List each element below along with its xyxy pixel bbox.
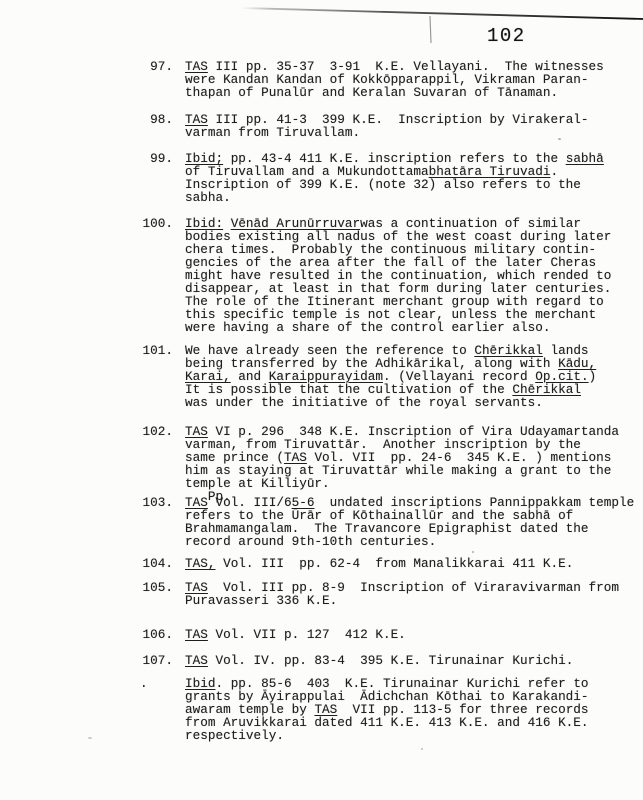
note-text: TAS VI p. 296 348 K.E. Inscription of Vi… [185, 425, 637, 503]
note-text: TAS Vol. III pp. 8-9 Inscription of Vira… [185, 581, 637, 607]
note-text: Ibid. pp. 85-6 403 K.E. Tirunainar Kuric… [185, 677, 637, 742]
note-text: TAS Vol. VII p. 127 412 K.E. [185, 628, 637, 641]
note-number: 105. [140, 581, 173, 594]
note-number: 97. [140, 60, 173, 73]
scanned-document-page: 102 97.TAS III pp. 35-37 3-91 K.E. Vella… [0, 0, 643, 800]
note-number: 100. [140, 217, 173, 230]
note-item: .Ibid. pp. 85-6 403 K.E. Tirunainar Kuri… [140, 677, 637, 742]
note-text: Ibid; pp. 43-4 411 K.E. inscription refe… [185, 152, 637, 204]
note-text: TAS Vol. IV. pp. 83-4 395 K.E. Tirunaina… [185, 654, 637, 667]
note-number: 101. [140, 344, 173, 357]
diagonal-scan-line [242, 8, 643, 19]
note-line: Inscription of 399 K.E. (note 32) also r… [185, 178, 637, 191]
note-number: 103. [140, 496, 173, 509]
note-item: 104.TAS, Vol. III pp. 62-4 from Manalikk… [140, 557, 637, 570]
note-item: 101.We have already seen the reference t… [140, 344, 637, 409]
note-item: 103.TAS Vol. III/65-6 undated inscriptio… [140, 496, 637, 548]
note-number: . [140, 677, 173, 690]
edge-tick-artifact [430, 16, 431, 43]
note-item: 100.Ibid: Vēnād Arunūrruvarwas a continu… [140, 217, 637, 334]
note-line: temple at Killiyūr. [185, 477, 637, 490]
note-number: 106. [140, 628, 173, 641]
page-number: 102 [487, 25, 526, 47]
note-number: 104. [140, 557, 173, 570]
note-line: sabha. [185, 191, 637, 204]
note-item: 106.TAS Vol. VII p. 127 412 K.E. [140, 628, 637, 641]
note-number: 98. [140, 113, 173, 126]
note-text: TAS III pp. 35-37 3-91 K.E. Vellayani. T… [185, 60, 637, 99]
scan-speck [558, 138, 561, 140]
note-line: Puravasseri 336 K.E. [185, 594, 637, 607]
scan-speck [421, 748, 423, 750]
note-line: were having a share of the control earli… [185, 321, 637, 334]
note-text: TAS Vol. III/65-6 undated inscriptions P… [185, 496, 637, 548]
note-number: 107. [140, 654, 173, 667]
note-item: 105.TAS Vol. III pp. 8-9 Inscription of … [140, 581, 637, 607]
note-text: Ibid: Vēnād Arunūrruvarwas a continuatio… [185, 217, 637, 334]
note-item: 97.TAS III pp. 35-37 3-91 K.E. Vellayani… [140, 60, 637, 99]
note-line: TAS Vol. IV. pp. 83-4 395 K.E. Tirunaina… [185, 654, 637, 667]
note-line: varman from Tiruvallam. [185, 126, 637, 139]
note-number: 99. [140, 152, 173, 165]
note-item: 102.TAS VI p. 296 348 K.E. Inscription o… [140, 425, 637, 503]
notes-list: 97.TAS III pp. 35-37 3-91 K.E. Vellayani… [140, 60, 637, 742]
note-item: 107.TAS Vol. IV. pp. 83-4 395 K.E. Tirun… [140, 654, 637, 667]
note-item: 99.Ibid; pp. 43-4 411 K.E. inscription r… [140, 152, 637, 204]
note-text: We have already seen the reference to Ch… [185, 344, 637, 409]
note-line: was under the initiative of the royal se… [185, 396, 637, 409]
note-line: TAS Vol. VII p. 127 412 K.E. [185, 628, 637, 641]
note-text: TAS III pp. 41-3 399 K.E. Inscription by… [185, 113, 637, 139]
note-line: record around 9th-10th centuries. [185, 535, 637, 548]
scan-speck [88, 737, 92, 739]
note-line: TAS, Vol. III pp. 62-4 from Manalikkarai… [185, 557, 637, 570]
scan-speck [472, 551, 474, 553]
note-line: respectively. [185, 729, 637, 742]
note-text: TAS, Vol. III pp. 62-4 from Manalikkarai… [185, 557, 637, 570]
note-line: thapan of Punalūr and Keralan Suvaran of… [185, 86, 637, 99]
note-item: 98.TAS III pp. 41-3 399 K.E. Inscription… [140, 113, 637, 139]
note-number: 102. [140, 425, 173, 438]
